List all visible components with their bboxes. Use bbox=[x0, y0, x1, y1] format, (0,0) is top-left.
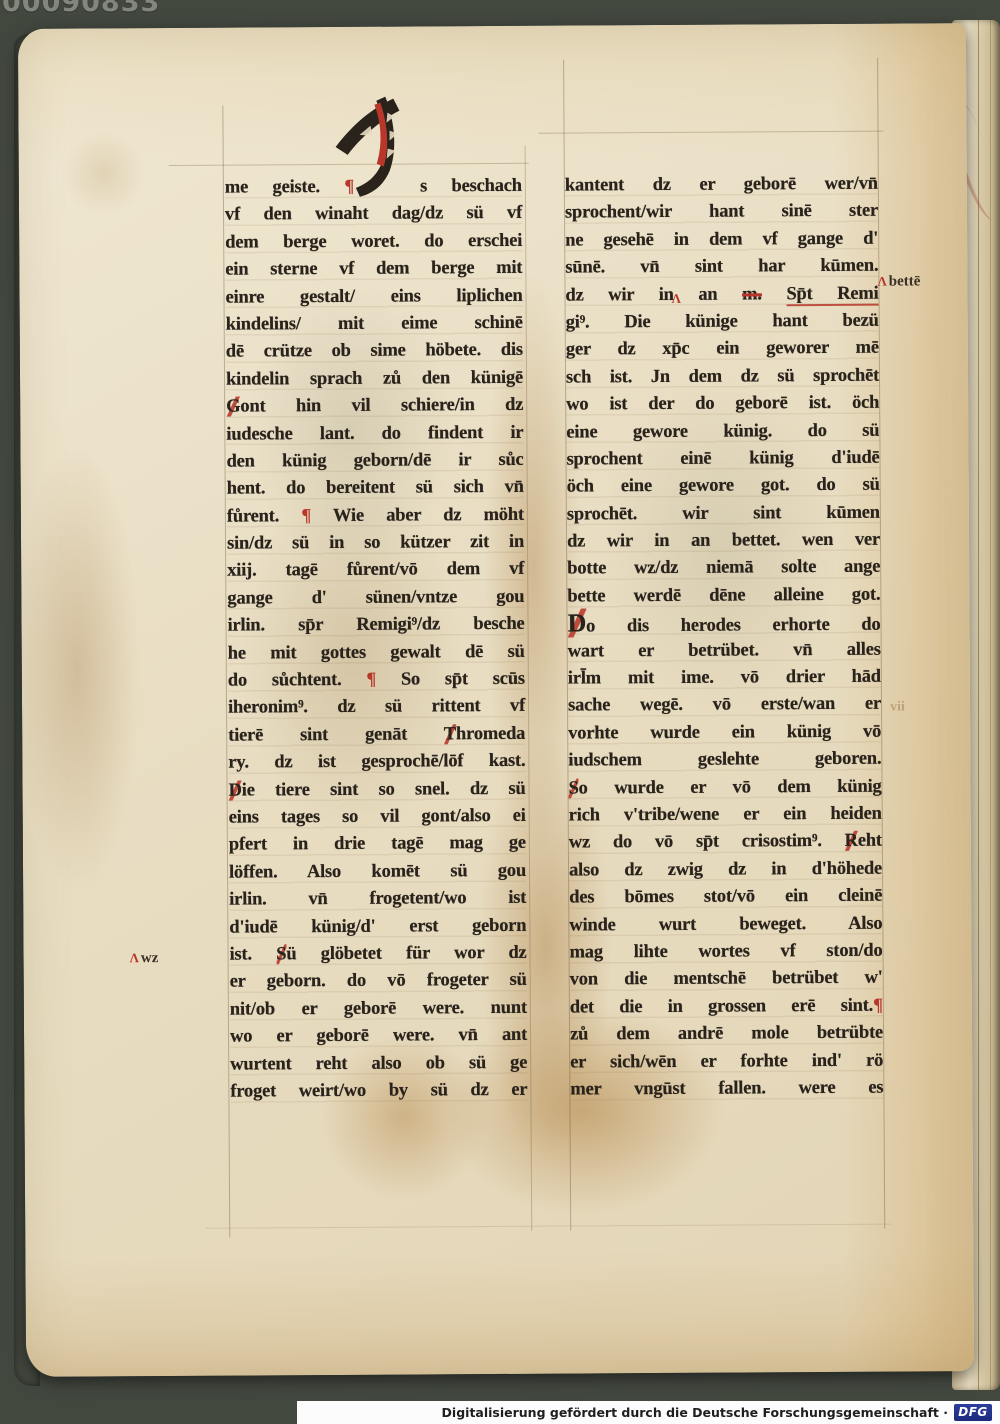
text-line: ger dz xp̄c ein geworer mē bbox=[566, 335, 879, 364]
text-line: sūnē. vn̄ sint har kūmen. bbox=[565, 253, 878, 282]
text-line: öch eine gewore got. do sü bbox=[567, 472, 880, 501]
text-line: also dz zwig dz in d'höhede bbox=[569, 855, 882, 884]
text-line: sin/dz sü in so kützer zit in bbox=[227, 529, 524, 558]
text-column-right: kantent dz er geborē wer/vn̄sprochent/wi… bbox=[565, 171, 884, 1104]
margin-note-text: bettē bbox=[889, 273, 921, 289]
text-line: kindelins/ mit eime schinē bbox=[226, 310, 523, 339]
text-line: von die mentschē betrübet w' bbox=[570, 965, 883, 994]
text-line: wo er geborē were. vn̄ ant bbox=[230, 1022, 527, 1051]
text-line: wurtent reht also ob sü ge bbox=[230, 1049, 527, 1078]
text-column-left: me geiste. ¶s beschachvf den winaht dag/… bbox=[225, 173, 528, 1106]
text-line: gange d' sünen/vntze gou bbox=[227, 584, 524, 613]
text-line: fůrent. ¶ Wie aber dz möht bbox=[227, 502, 524, 531]
text-line: löffen. Also komēt sü gou bbox=[229, 858, 526, 887]
text-line: mer vngūst fallen. were es bbox=[570, 1075, 883, 1104]
text-line: sache wegē. vō erste/wan er bbox=[568, 691, 881, 720]
text-line: botte wz/dz niemā solte ange bbox=[567, 554, 880, 583]
text-line: dem berge woret. do erschei bbox=[225, 228, 522, 257]
text-line: me geiste. ¶s beschach bbox=[225, 173, 522, 202]
text-line: des bōmes stot/vō ein cleinē bbox=[569, 883, 882, 912]
text-line: einre gestalt/ eins liplichen bbox=[225, 282, 522, 311]
text-line: det die in grossen erē sint.¶ bbox=[570, 992, 883, 1021]
credit-text: Digitalisierung gefördert durch die Deut… bbox=[442, 1405, 948, 1420]
text-line: ry. dz ist gesprochē/lōf kast. bbox=[228, 748, 525, 777]
text-line: iudschem geslehte geboren. bbox=[568, 746, 881, 775]
page-edge-line bbox=[978, 20, 979, 1390]
text-line: dē crütze ob sime höbete. dis bbox=[226, 337, 523, 366]
insertion-caret-icon: Λ bbox=[672, 291, 681, 307]
text-line: rich v'tribe/wene er ein heiden bbox=[569, 801, 882, 830]
credit-bar: Digitalisierung gefördert durch die Deut… bbox=[297, 1401, 1000, 1424]
text-line: dz wir in an m. Sp̄t Remi bbox=[565, 280, 878, 309]
text-line: iheronim⁹. dz sü rittent vf bbox=[228, 693, 525, 722]
text-line: pfert in drie tagē mag ge bbox=[229, 830, 526, 859]
text-line: iudesche lant. do findent ir bbox=[226, 419, 523, 448]
text-line: ist. Sü glöbetet für wor dz bbox=[229, 940, 526, 969]
show-through-mark: vii bbox=[890, 700, 905, 716]
insertion-caret-icon: Λ bbox=[130, 950, 139, 965]
text-line: den künig geborn/dē ir sůc bbox=[226, 447, 523, 476]
text-line: bette werdē dēne alleine got. bbox=[567, 582, 880, 611]
margin-note-right: Λbettē bbox=[877, 273, 920, 290]
text-line: kindelin sprach zů den künigē bbox=[226, 365, 523, 394]
text-line: er geborn. do vō frogeter sü bbox=[230, 967, 527, 996]
text-line: mag lihte wortes vf ston/do bbox=[569, 938, 882, 967]
text-line: eine gewore künig. do sü bbox=[566, 417, 879, 446]
text-line: kantent dz er geborē wer/vn̄ bbox=[565, 171, 878, 200]
text-line: vf den winaht dag/dz sü vf bbox=[225, 200, 522, 229]
text-line: Gont hin vil schiere/in dz bbox=[226, 392, 523, 421]
text-line: eins tages so vil gont/also ei bbox=[229, 803, 526, 832]
text-line: Die tiere sint so snel. dz sü bbox=[228, 775, 525, 804]
scan-background: 00090833 me geiste. ¶s beschachvf den wi… bbox=[0, 0, 1000, 1424]
text-line: nit/ob er geborē were. nunt bbox=[230, 995, 527, 1024]
text-line: winde wurt beweget. Also bbox=[569, 910, 882, 939]
text-line: tierē sint genāt Thromeda bbox=[228, 721, 525, 750]
text-line: sch ist. Jn dem dz sü sprochēt bbox=[566, 362, 879, 391]
page-edge-line bbox=[990, 20, 991, 1390]
text-line: froget weirt/wo by sü dz er bbox=[230, 1077, 527, 1106]
dfg-logo: DFG bbox=[954, 1404, 992, 1421]
text-line: sprochent/wir hant sinē ster bbox=[565, 198, 878, 227]
watermark-number: 00090833 bbox=[2, 0, 160, 18]
text-line: Do dis herodes erhorte do bbox=[567, 609, 880, 638]
text-line: d'iudē künig/d' erst geborn bbox=[229, 912, 526, 941]
text-line: he mit gottes gewalt dē sü bbox=[228, 638, 525, 667]
text-line: vorhte wurde ein künig vō bbox=[568, 718, 881, 747]
text-line: irl̄m mit ime. vō drier hād bbox=[568, 664, 881, 693]
text-line: irlin. vn̄ frogetent/wo ist bbox=[229, 885, 526, 914]
margin-note-text: wz bbox=[141, 950, 159, 966]
text-line: ein sterne vf dem berge mit bbox=[225, 255, 522, 284]
text-line: do sůchtent. ¶ So sp̄t scūs bbox=[228, 666, 525, 695]
text-line: zů dem andrē mole betrübte bbox=[570, 1020, 883, 1049]
text-line: xiij. tagē fůrent/vō dem vf bbox=[227, 556, 524, 585]
text-line: dz wir in an bettet. wen ver bbox=[567, 527, 880, 556]
text-line: hent. do bereitent sü sich vn̄ bbox=[227, 474, 524, 503]
insertion-caret-icon: Λ bbox=[877, 274, 886, 289]
ruling-line bbox=[539, 131, 884, 134]
manuscript-page: me geiste. ¶s beschachvf den winaht dag/… bbox=[18, 23, 974, 1377]
text-line: So wurde er vō dem künig bbox=[568, 773, 881, 802]
margin-note-left: Λwz bbox=[130, 950, 159, 967]
text-line: wz do vō sp̄t crisostim⁹. Reht bbox=[569, 828, 882, 857]
text-line: er sich/wēn er forhte ind' rö bbox=[570, 1047, 883, 1076]
text-line: gi⁹. Die künige hant bezü bbox=[566, 308, 879, 337]
text-line: wo ist der do geborē ist. öch bbox=[566, 390, 879, 419]
text-line: ne gesehē in dem vf gange d' bbox=[565, 225, 878, 254]
text-line: sprochent einē künig d'iudē bbox=[566, 445, 879, 474]
ruling-line bbox=[205, 1224, 890, 1229]
text-line: wart er betrübet. vn̄ alles bbox=[568, 636, 881, 665]
text-line: sprochēt. wir sint kūmen bbox=[567, 499, 880, 528]
text-line: irlin. sp̄r Remigi⁹/dz besche bbox=[227, 611, 524, 640]
